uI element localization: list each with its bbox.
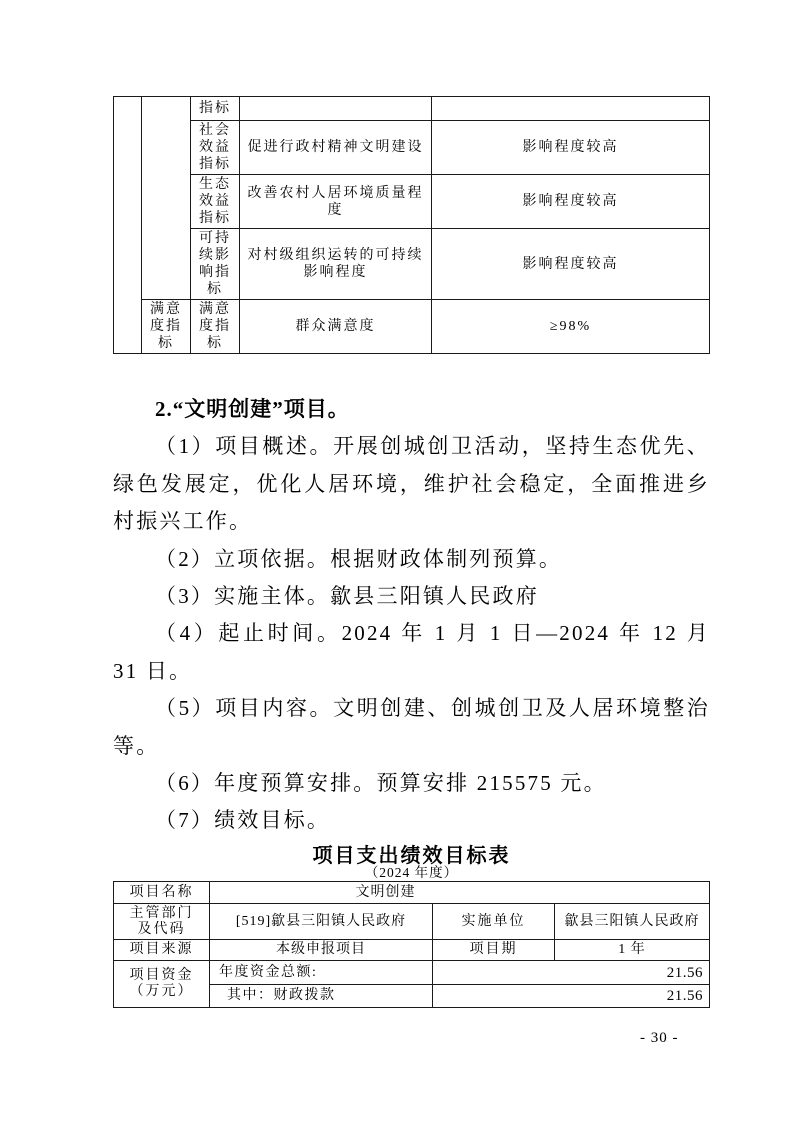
- table-row: 项目资金（万元） 年度资金总额: 21.56: [114, 961, 710, 985]
- table-row: 可持续影响指标 对村级组织运转的可持续影响程度 影响程度较高: [114, 229, 710, 300]
- paragraph-implementer: （3）实施主体。歙县三阳镇人民政府: [113, 578, 710, 615]
- indicator-description-cell: 对村级组织运转的可持续影响程度: [240, 229, 432, 300]
- indicator-description-cell: 促进行政村精神文明建设: [240, 121, 432, 175]
- indicator-value-cell: 影响程度较高: [432, 175, 710, 229]
- indicator-value-cell: [432, 97, 710, 121]
- indicator-name-cell: 社会效益指标: [191, 121, 240, 175]
- project-name-label-cell: 项目名称: [114, 882, 210, 904]
- table-row: 生态效益指标 改善农村人居环境质量程度 影响程度较高: [114, 175, 710, 229]
- fund-total-value-cell: 21.56: [433, 961, 710, 985]
- fund-fiscal-value-cell: 21.56: [433, 985, 710, 1008]
- period-label-cell: 项目期: [433, 940, 555, 961]
- indicator-description-cell: [240, 97, 432, 121]
- table-row: 满意度指标 满意度指标 群众满意度 ≥98%: [114, 300, 710, 354]
- document-page: 指标 社会效益指标 促进行政村精神文明建设 影响程度较高 生态效益指标 改善农村…: [0, 0, 793, 1122]
- goal-table: 项目名称 文明创建 主管部门及代码 [519]歙县三阳镇人民政府 实施单位 歙县…: [113, 881, 710, 1008]
- indicator-name-cell: 生态效益指标: [191, 175, 240, 229]
- impl-label-cell: 实施单位: [433, 904, 555, 940]
- indicator-table: 指标 社会效益指标 促进行政村精神文明建设 影响程度较高 生态效益指标 改善农村…: [113, 96, 710, 354]
- table-row: 指标: [114, 97, 710, 121]
- dept-value-cell: [519]歙县三阳镇人民政府: [210, 904, 433, 940]
- paragraph-period: （4）起止时间。2024 年 1 月 1 日—2024 年 12 月 31 日。: [113, 615, 710, 690]
- table-row: 项目名称 文明创建: [114, 882, 710, 904]
- table-row: 主管部门及代码 [519]歙县三阳镇人民政府 实施单位 歙县三阳镇人民政府: [114, 904, 710, 940]
- indicator-value-cell: ≥98%: [432, 300, 710, 354]
- indicator-name-cell: 可持续影响指标: [191, 229, 240, 300]
- paragraph-basis: （2）立项依据。根据财政体制列预算。: [113, 541, 710, 578]
- indicator-description-cell: 群众满意度: [240, 300, 432, 354]
- paragraph-budget: （6）年度预算安排。预算安排 215575 元。: [113, 765, 710, 802]
- impl-value-cell: 歙县三阳镇人民政府: [555, 904, 710, 940]
- project-name-value-cell: 文明创建: [210, 882, 710, 904]
- table-row: 社会效益指标 促进行政村精神文明建设 影响程度较高: [114, 121, 710, 175]
- page-number: - 30 -: [640, 1030, 679, 1047]
- indicator-left-spacer-cell: [114, 97, 142, 354]
- fund-total-label-cell: 年度资金总额:: [210, 961, 433, 985]
- fund-fiscal-label-cell: 其中：财政拨款: [210, 985, 433, 1008]
- indicator-value-cell: 影响程度较高: [432, 121, 710, 175]
- source-label-cell: 项目来源: [114, 940, 210, 961]
- paragraph-content: （5）项目内容。文明创建、创城创卫及人居环境整治等。: [113, 690, 710, 765]
- indicator-category-spacer-cell: [142, 97, 191, 300]
- fund-label-cell: 项目资金（万元）: [114, 961, 210, 1008]
- indicator-category-cell: 满意度指标: [142, 300, 191, 354]
- indicator-name-cell: 满意度指标: [191, 300, 240, 354]
- indicator-name-cell: 指标: [191, 97, 240, 121]
- indicator-description-cell: 改善农村人居环境质量程度: [240, 175, 432, 229]
- period-value-cell: 1 年: [555, 940, 710, 961]
- section-body: 2.“文明创建”项目。 （1）项目概述。开展创城创卫活动，坚持生态优先、绿色发展…: [113, 391, 710, 840]
- indicator-value-cell: 影响程度较高: [432, 229, 710, 300]
- section-heading: 2.“文明创建”项目。: [113, 391, 710, 428]
- goal-table-subtitle: （2024 年度）: [113, 861, 710, 881]
- dept-label-cell: 主管部门及代码: [114, 904, 210, 940]
- paragraph-goal: （7）绩效目标。: [113, 802, 710, 839]
- source-value-cell: 本级申报项目: [210, 940, 433, 961]
- table-row: 项目来源 本级申报项目 项目期 1 年: [114, 940, 710, 961]
- paragraph-overview: （1）项目概述。开展创城创卫活动，坚持生态优先、绿色发展定，优化人居环境，维护社…: [113, 428, 710, 540]
